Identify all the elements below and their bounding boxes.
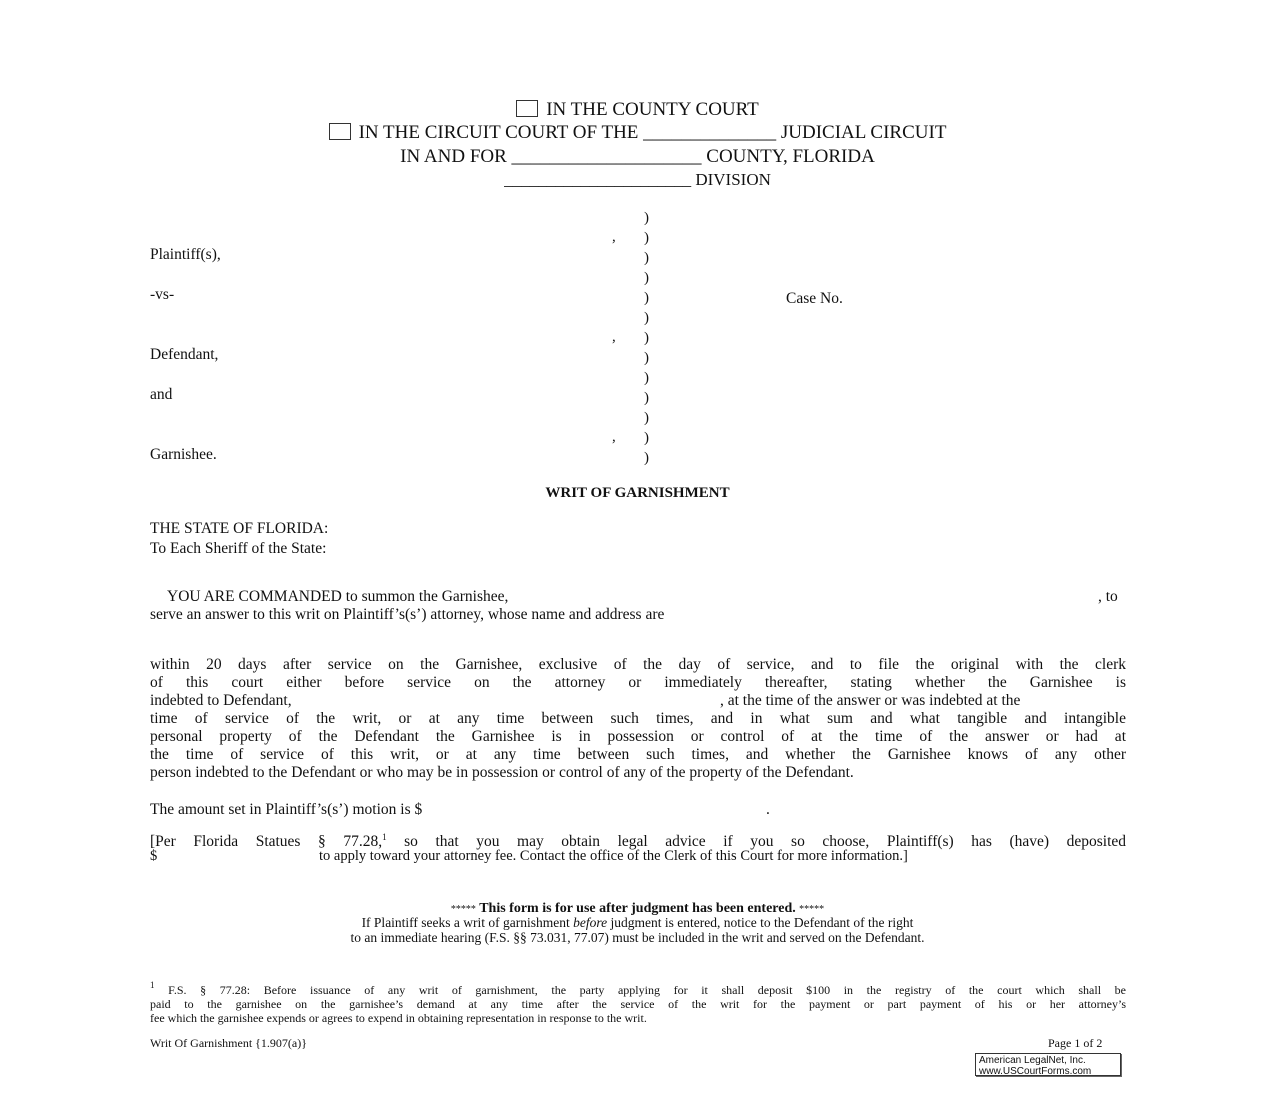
circuit-court-line: IN THE CIRCUIT COURT OF THE ____________… — [0, 122, 1275, 144]
footnote-line-2: paid to the garnishee on the garnishee’s… — [150, 997, 1126, 1012]
body-line-2: of this court either before service on t… — [150, 674, 1126, 692]
circuit-court-label: IN THE CIRCUIT COURT OF THE ____________… — [359, 122, 947, 143]
body-line-1: within 20 days after service on the Garn… — [150, 656, 1126, 674]
indebted-line-start: indebted to Defendant, — [150, 692, 292, 710]
body-line-4: personal property of the Defendant the G… — [150, 728, 1126, 746]
county-court-line: IN THE COUNTY COURT — [0, 99, 1275, 121]
garnishee-name-comma: , — [612, 429, 616, 446]
form-name: Writ Of Garnishment {1.907(a)} — [150, 1036, 307, 1051]
defendant-name-comma: , — [612, 329, 616, 346]
caption-paren: ) — [644, 390, 649, 407]
caption-paren: ) — [644, 370, 649, 387]
caption-paren: ) — [644, 270, 649, 287]
plaintiff-name-comma: , — [612, 229, 616, 246]
salutation-state: THE STATE OF FLORIDA: — [150, 520, 328, 538]
caption-paren: ) — [644, 410, 649, 427]
salutation-sheriff: To Each Sheriff of the State: — [150, 540, 326, 558]
notice-line-2: to an immediate hearing (F.S. §§ 73.031,… — [0, 930, 1275, 945]
county-court-label: IN THE COUNTY COURT — [546, 99, 759, 120]
command-line-end: , to — [1098, 588, 1118, 606]
county-court-checkbox[interactable] — [516, 100, 538, 117]
body-line-5: the time of service of this writ, or at … — [150, 746, 1126, 764]
caption-paren: ) — [644, 330, 649, 347]
page-number: Page 1 of 2 — [1048, 1036, 1102, 1051]
command-line-2: serve an answer to this writ on Plaintif… — [150, 606, 664, 624]
publisher-badge: American LegalNet, Inc. www.USCourtForms… — [975, 1053, 1121, 1076]
amount-period: . — [766, 801, 770, 819]
caption-paren: ) — [644, 230, 649, 247]
footnote-line-3: fee which the garnishee expends or agree… — [150, 1011, 1126, 1026]
caption-paren: ) — [644, 310, 649, 327]
indebted-line-end: , at the time of the answer or was indeb… — [720, 692, 1020, 710]
deposit-dollar: $ — [150, 848, 157, 865]
footnote-line-1: 1 F.S. § 77.28: Before issuance of any w… — [150, 983, 1126, 998]
amount-line: The amount set in Plaintiff’s(s’) motion… — [150, 801, 422, 819]
caption-paren: ) — [644, 350, 649, 367]
document-title: WRIT OF GARNISHMENT — [0, 485, 1275, 502]
garnishee-label: Garnishee. — [150, 446, 217, 464]
and-label: and — [150, 386, 172, 404]
caption-paren: ) — [644, 290, 649, 307]
caption-paren: ) — [644, 450, 649, 467]
notice-line-1: If Plaintiff seeks a writ of garnishment… — [0, 915, 1275, 930]
case-number-label: Case No. — [786, 290, 843, 308]
caption-paren: ) — [644, 430, 649, 447]
county-line: IN AND FOR ____________________ COUNTY, … — [0, 146, 1275, 168]
caption-paren: ) — [644, 250, 649, 267]
deposit-line-2: to apply toward your attorney fee. Conta… — [319, 848, 908, 865]
body-line-3: time of service of the writ, or at any t… — [150, 710, 1126, 728]
circuit-court-checkbox[interactable] — [329, 123, 351, 140]
division-line: ______________________ DIVISION — [0, 169, 1275, 191]
body-line-6: person indebted to the Defendant or who … — [150, 764, 1126, 782]
plaintiff-label: Plaintiff(s), — [150, 246, 221, 264]
caption-paren: ) — [644, 210, 649, 227]
defendant-label: Defendant, — [150, 346, 218, 364]
vs-label: -vs- — [150, 286, 174, 304]
command-line-start: YOU ARE COMMANDED to summon the Garnishe… — [167, 588, 508, 606]
